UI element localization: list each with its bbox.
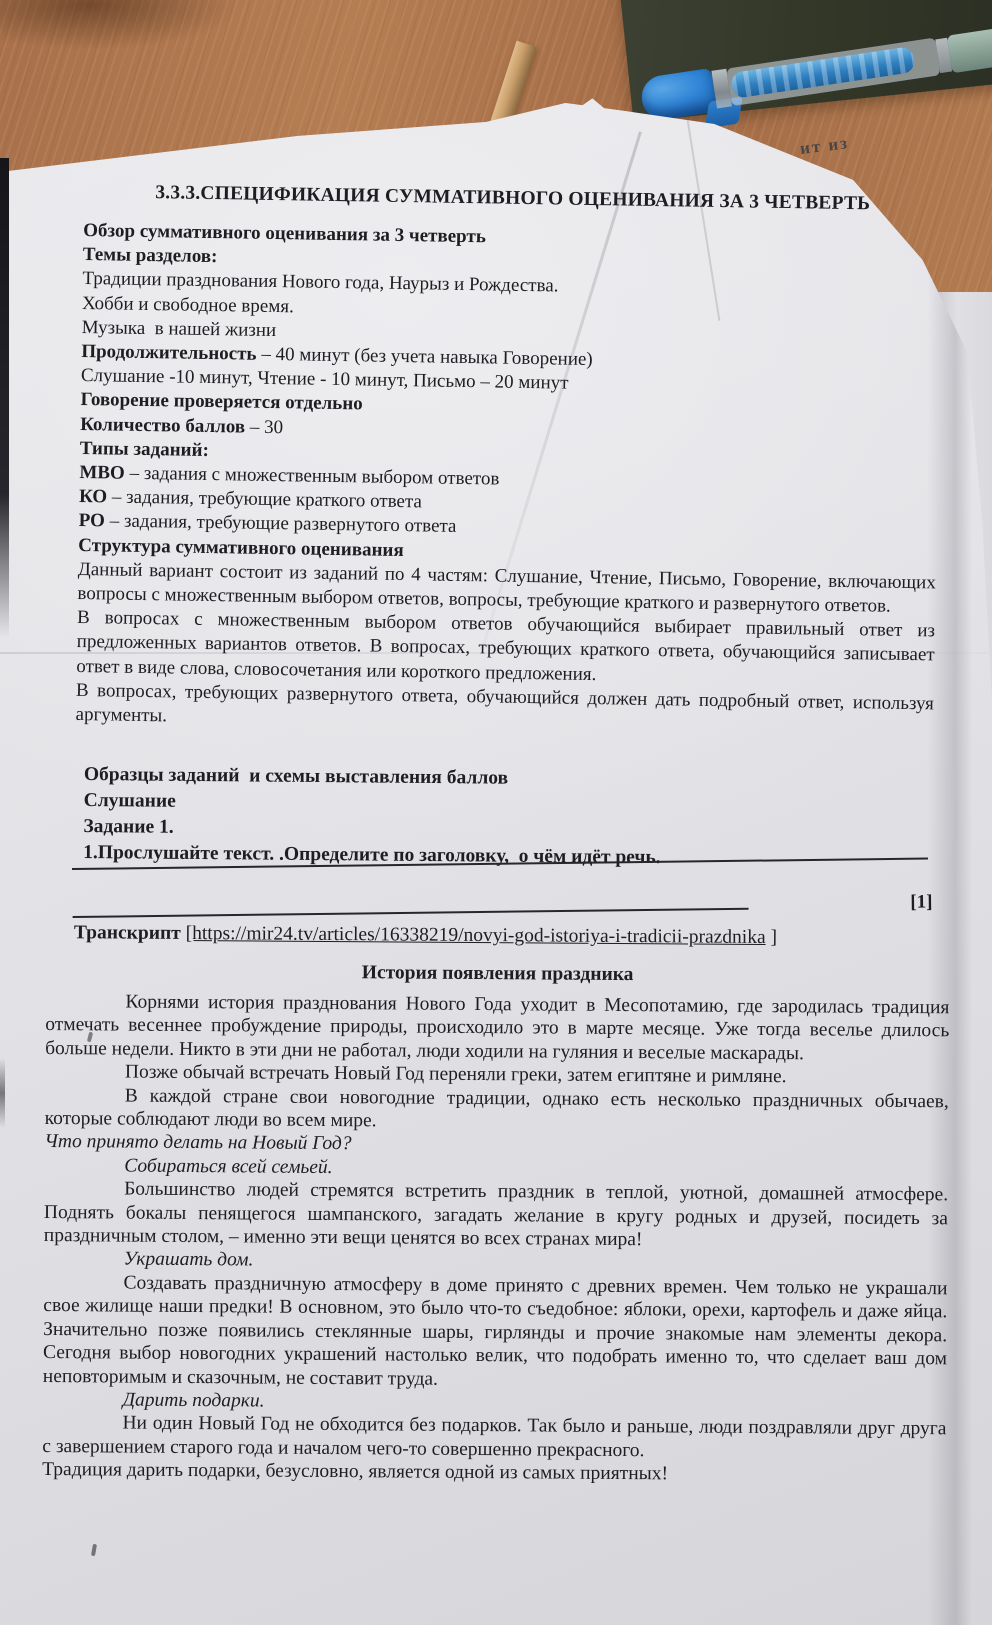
transcript-label: Транскрипт [74, 922, 186, 944]
spec-line-bold: Структура суммативного оценивания [78, 535, 404, 561]
transcript-paragraph: Ни один Новый Год не обходится без подар… [42, 1411, 946, 1464]
spec-line-text: – 30 [245, 416, 283, 438]
document-title: 3.3.3.СПЕЦИФИКАЦИЯ СУММАТИВНОГО ОЦЕНИВАН… [94, 180, 932, 217]
spec-line-bold: Типы заданий: [80, 438, 209, 461]
spec-line-bold: РО [78, 510, 105, 531]
spec-line-bold: Говорение проверяется отдельно [80, 389, 363, 414]
transcript-label-row: Транскрипт [https://mir24.tv/articles/16… [74, 922, 950, 950]
spec-paragraph: В вопросах с множественным выбором ответ… [76, 606, 935, 692]
left-edge-mark [0, 1058, 5, 1128]
spec-line-text: – задания с множественным выбором ответо… [125, 463, 500, 490]
answer-lines: [1] [72, 857, 941, 918]
spec-line-text: Музыка в нашей жизни [82, 317, 277, 341]
transcript-heading: История появления праздника [46, 960, 950, 988]
transcript-url: [https://mir24.tv/articles/16338219/novy… [186, 923, 766, 948]
samples-section: Образцы заданий и схемы выставления балл… [83, 762, 942, 873]
transcript-section: Транскрипт [https://mir24.tv/articles/16… [42, 922, 950, 1488]
left-edge-shadow [0, 158, 9, 638]
answer-line [73, 908, 749, 918]
answer-row: [1] [72, 885, 940, 918]
spec-line-bold: Темы разделов: [83, 244, 218, 267]
transcript-paragraph: Создавать праздничную атмосферу в доме п… [43, 1271, 948, 1394]
spec-line-bold: Продолжительность [81, 341, 257, 365]
photo-of-document: ит из 3.3.3.СПЕЦИФИКАЦИЯ СУММАТИВНОГО ОЦ… [0, 0, 992, 1625]
score-mark: [1] [910, 891, 932, 913]
transcript-paragraph: В каждой стране свои новогодние традиции… [45, 1084, 949, 1137]
transcript-paragraph: Традиция дарить подарки, безусловно, явл… [42, 1458, 946, 1488]
transcript-paragraph: Большинство людей стремятся встретить пр… [44, 1177, 948, 1254]
spec-line-text: Хобби и свободное время. [82, 293, 294, 317]
document-content: 3.3.3.СПЕЦИФИКАЦИЯ СУММАТИВНОГО ОЦЕНИВАН… [0, 0, 992, 1625]
spec-line-bold: КО [79, 486, 107, 507]
transcript-paragraph: Корнями история празднования Нового Года… [45, 990, 949, 1067]
spec-line-text: – задания, требующие развернутого ответа [105, 511, 457, 538]
spec-line-text: – 40 минут (без учета навыка Говорение) [256, 344, 592, 370]
transcript-url-close: ] [766, 927, 778, 948]
spec-line-bold: Количество баллов [80, 414, 245, 438]
spec-line-bold: МВО [79, 462, 125, 484]
specification-section: 3.3.3.СПЕЦИФИКАЦИЯ СУММАТИВНОГО ОЦЕНИВАН… [75, 180, 941, 741]
spec-line-text: – задания, требующие краткого ответа [107, 487, 422, 513]
